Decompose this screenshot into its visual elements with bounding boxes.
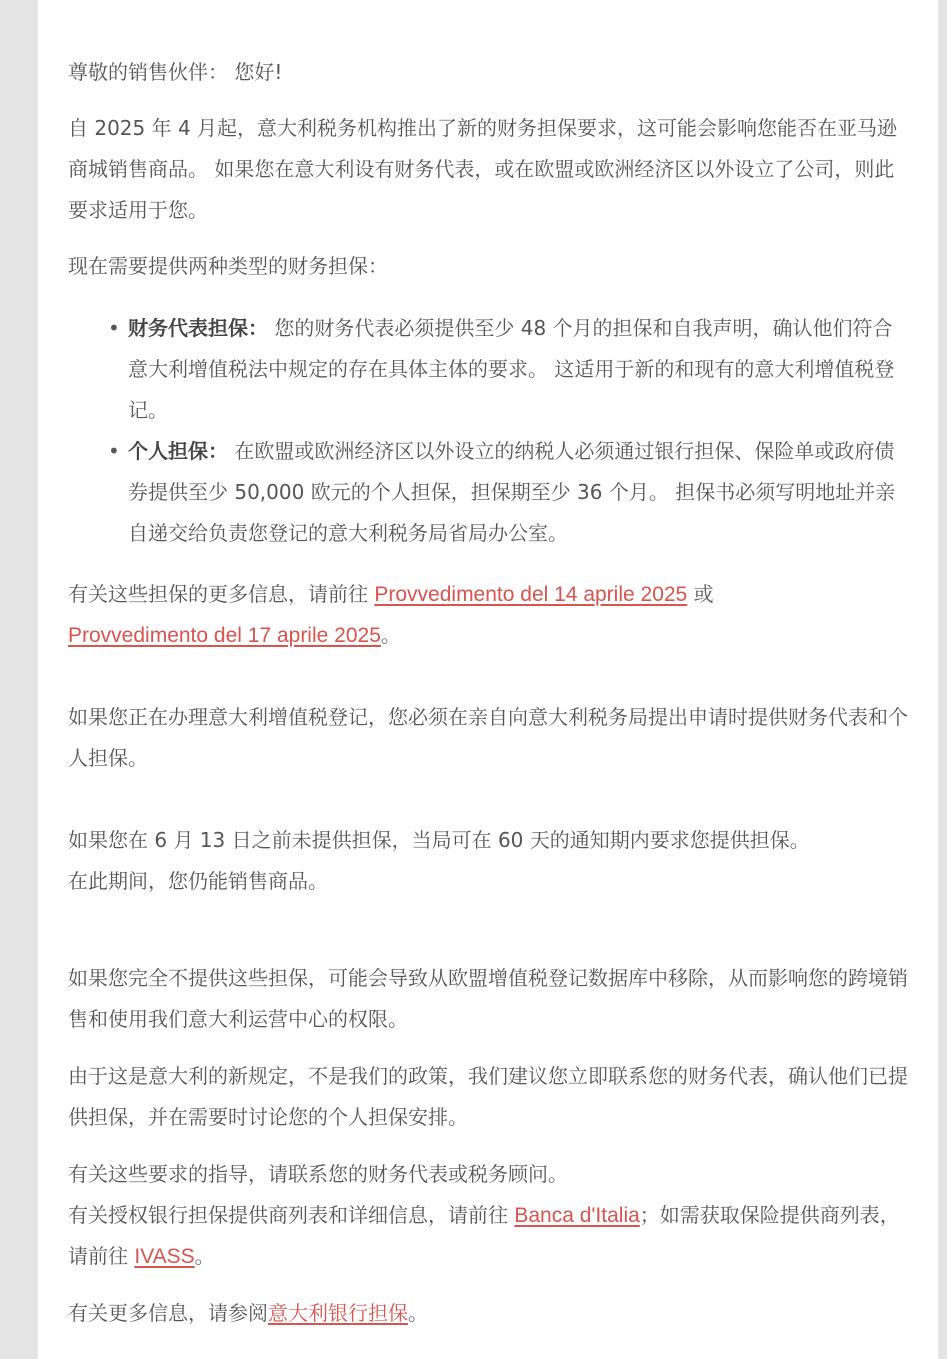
deadline-line-2: 在此期间，您仍能销售商品。 [68,869,328,893]
guidance-line-2-prefix: 有关授权银行担保提供商列表和详细信息，请前往 [68,1203,514,1227]
more-info-or: 或 [687,582,713,606]
guarantee-types-list: • 财务代表担保： 您的财务代表必须提供至少 48 个月的担保和自我声明，确认他… [68,308,910,554]
ivass-link[interactable]: IVASS [134,1245,194,1268]
guidance-line-2-suffix: 。 [195,1244,215,1268]
intro-paragraph: 自 2025 年 4 月起，意大利税务机构推出了新的财务担保要求，这可能会影响您… [68,108,910,231]
italian-bank-guarantee-link[interactable]: 意大利银行担保 [268,1301,408,1325]
deadline-note: 如果您在 6 月 13 日之前未提供担保，当局可在 60 天的通知期内要求您提供… [68,820,910,902]
greeting: 尊敬的销售伙伴： 您好! [68,52,910,93]
consequence-note: 如果您完全不提供这些担保，可能会导致从欧盟增值税登记数据库中移除，从而影响您的跨… [68,958,910,1040]
footer-info-prefix: 有关更多信息，请参阅 [68,1301,268,1325]
footer-info-paragraph: 有关更多信息，请参阅意大利银行担保。 [68,1293,910,1334]
recommendation-paragraph: 由于这是意大利的新规定，不是我们的政策，我们建议您立即联系您的财务代表，确认他们… [68,1056,910,1138]
bullet-icon: • [108,431,120,472]
guidance-line-1: 有关这些要求的指导，请联系您的财务代表或税务顾问。 [68,1162,568,1186]
footer-info-suffix: 。 [408,1301,428,1325]
provvedimento-14-aprile-link[interactable]: Provvedimento del 14 aprile 2025 [374,583,687,606]
guarantee-types-intro: 现在需要提供两种类型的财务担保： [68,246,910,287]
deadline-line-1: 如果您在 6 月 13 日之前未提供担保，当局可在 60 天的通知期内要求您提供… [68,828,810,852]
more-info-prefix: 有关这些担保的更多信息，请前往 [68,582,374,606]
list-item-term: 个人担保： [128,439,228,463]
message-content: 尊敬的销售伙伴： 您好! 自 2025 年 4 月起，意大利税务机构推出了新的财… [68,52,910,1334]
provvedimento-17-aprile-link[interactable]: Provvedimento del 17 aprile 2025 [68,624,381,647]
email-body: 尊敬的销售伙伴： 您好! 自 2025 年 4 月起，意大利税务机构推出了新的财… [38,0,938,1359]
list-item-fiscal-representative-guarantee: • 财务代表担保： 您的财务代表必须提供至少 48 个月的担保和自我声明，确认他… [128,308,910,431]
banca-d-italia-link[interactable]: Banca d'Italia [514,1204,639,1227]
more-info-suffix: 。 [381,623,401,647]
more-info-paragraph: 有关这些担保的更多信息，请前往 Provvedimento del 14 apr… [68,574,910,656]
bullet-icon: • [108,308,120,349]
registration-note: 如果您正在办理意大利增值税登记，您必须在亲自向意大利税务局提出申请时提供财务代表… [68,697,910,779]
list-item-term: 财务代表担保： [128,316,268,340]
guidance-paragraph: 有关这些要求的指导，请联系您的财务代表或税务顾问。 有关授权银行担保提供商列表和… [68,1154,910,1277]
list-item-description: 在欧盟或欧洲经济区以外设立的纳税人必须通过银行担保、保险单或政府债券提供至少 5… [128,439,895,545]
list-item-personal-guarantee: • 个人担保： 在欧盟或欧洲经济区以外设立的纳税人必须通过银行担保、保险单或政府… [128,431,910,554]
